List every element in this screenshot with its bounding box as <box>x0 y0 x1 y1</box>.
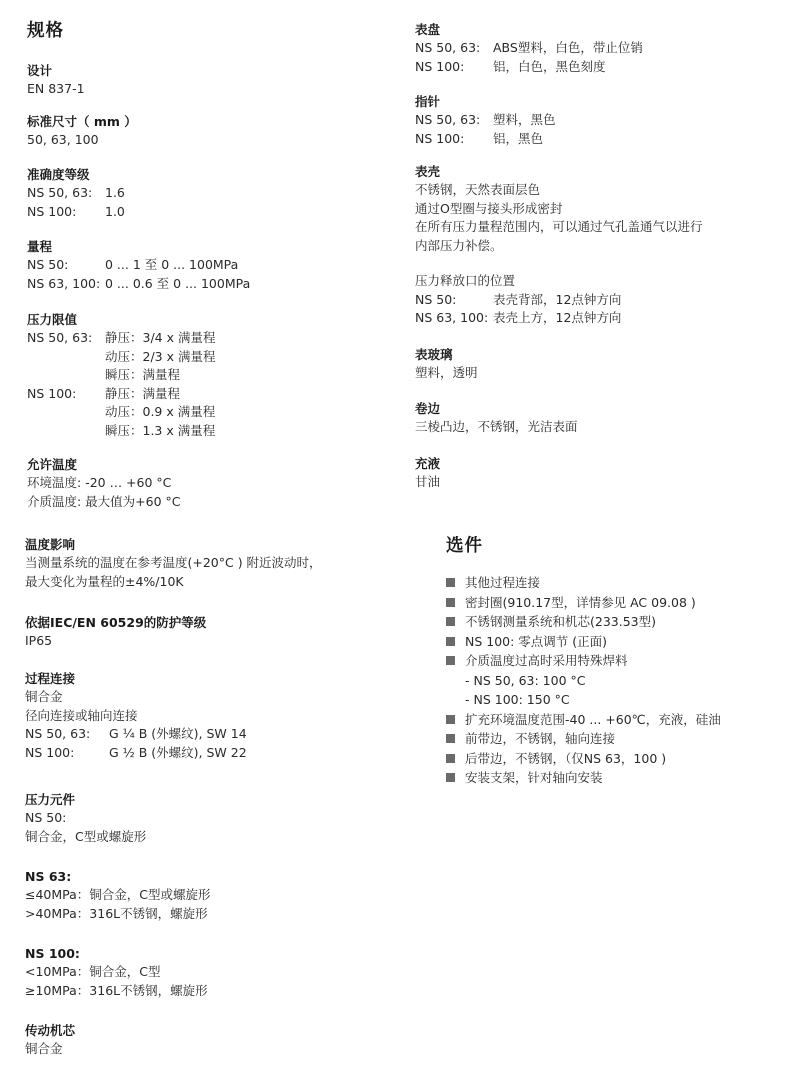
pointer-row: NS 50, 63: 塑料，黑色 <box>415 111 556 130</box>
pressure-element-ns63: NS 63: ≤40MPa：铜合金，C型或螺旋形 >40MPa：316L不锈钢，… <box>25 868 211 923</box>
option-item: NS 100: 零点调节 (正面) <box>446 632 721 652</box>
square-bullet-icon <box>446 656 455 665</box>
row-value: 瞬压：满量程 <box>105 366 180 385</box>
text-line: 径向连接或轴向连接 <box>25 707 247 726</box>
section-title: 表盘 <box>415 21 643 39</box>
vent-row: NS 50: 表壳背部，12点钟方向 <box>415 291 621 310</box>
square-bullet-icon <box>446 773 455 782</box>
square-bullet-icon <box>446 598 455 607</box>
row-value: 动压：0.9 x 满量程 <box>105 403 215 422</box>
row-label: NS 100: <box>415 130 493 149</box>
option-label: 前带边，不锈钢，轴向连接 <box>465 729 615 749</box>
section-title: 卷边 <box>415 400 578 418</box>
section-title: 充液 <box>415 455 440 473</box>
pressure-limit-row: 动压：2/3 x 满量程 <box>27 348 215 367</box>
row-label: NS 50, 63: <box>27 329 105 348</box>
section-permissible-temperature: 允许温度 环境温度: -20 … +60 °C 介质温度: 最大值为+60 °C <box>27 456 181 511</box>
section-title: 压力限值 <box>27 311 215 329</box>
pressure-limit-row: 瞬压：满量程 <box>27 366 215 385</box>
text-line: <10MPa：铜合金，C型 <box>25 963 208 982</box>
row-value: 瞬压：1.3 x 满量程 <box>105 422 215 441</box>
pressure-limit-row: NS 50, 63: 静压：3/4 x 满量程 <box>27 329 215 348</box>
option-item: 前带边，不锈钢，轴向连接 <box>446 729 721 749</box>
section-window: 表玻璃 塑料，透明 <box>415 346 478 383</box>
row-label: NS 63, 100: <box>27 275 105 294</box>
options-title: 选件 <box>446 532 483 557</box>
option-sub-item: - NS 100: 150 °C <box>446 690 721 710</box>
section-title: 依据IEC/EN 60529的防护等级 <box>25 614 206 632</box>
subsection-title: 压力释放口的位置 <box>415 272 621 291</box>
option-label: 不锈钢测量系统和机芯(233.53型) <box>465 612 656 632</box>
scale-range-row: NS 63, 100: 0 ... 0.6 至 0 ... 100MPa <box>27 275 250 294</box>
connection-row: NS 50, 63: G ¼ B (外螺纹), SW 14 <box>25 725 247 744</box>
row-value: 表壳背部，12点钟方向 <box>493 291 621 310</box>
row-label: NS 100: <box>415 58 493 77</box>
pressure-element-ns100: NS 100: <10MPa：铜合金，C型 ≥10MPa：316L不锈钢，螺旋形 <box>25 945 208 1000</box>
section-dial: 表盘 NS 50, 63: ABS塑料，白色，带止位销 NS 100: 铝，白色… <box>415 21 643 76</box>
row-value: 动压：2/3 x 满量程 <box>105 348 215 367</box>
section-title: 准确度等级 <box>27 166 125 184</box>
row-value: 1.0 <box>105 203 125 222</box>
text-line: 介质温度: 最大值为+60 °C <box>27 493 181 512</box>
section-ingress-protection: 依据IEC/EN 60529的防护等级 IP65 <box>25 614 206 651</box>
section-filling: 充液 甘油 <box>415 455 440 492</box>
row-value: G ½ B (外螺纹), SW 22 <box>109 744 247 763</box>
section-case: 表壳 不锈钢，天然表面层色 通过O型圈与接头形成密封 在所有压力量程范围内，可以… <box>415 163 703 255</box>
section-title: 压力元件 <box>25 791 146 809</box>
option-item: 其他过程连接 <box>446 573 721 593</box>
square-bullet-icon <box>446 734 455 743</box>
option-item: 介质温度过高时采用特殊焊料 <box>446 651 721 671</box>
section-pressure-element: 压力元件 NS 50: 铜合金，C型或螺旋形 <box>25 791 146 846</box>
row-value: 铝，黑色 <box>493 130 543 149</box>
nominal-size-value: 50, 63, 100 <box>27 131 137 150</box>
option-item: 安装支架，针对轴向安装 <box>446 768 721 788</box>
ns50-label: NS 50: <box>25 809 146 828</box>
text-line: ≤40MPa：铜合金，C型或螺旋形 <box>25 886 211 905</box>
section-design: 设计 EN 837-1 <box>27 62 85 99</box>
section-title: 标准尺寸（ mm ） <box>27 113 137 131</box>
pressure-limit-row: 动压：0.9 x 满量程 <box>27 403 215 422</box>
option-label: 扩充环境温度范围-40 ... +60℃，充液，硅油 <box>465 710 721 730</box>
text-line: 最大变化为量程的±4%/10K <box>25 573 322 592</box>
row-label: NS 50, 63: <box>415 111 493 130</box>
option-label: NS 100: 零点调节 (正面) <box>465 632 607 652</box>
text-line: 内部压力补偿。 <box>415 237 703 256</box>
row-label: NS 50: <box>27 256 105 275</box>
section-vent-position: 压力释放口的位置 NS 50: 表壳背部，12点钟方向 NS 63, 100: … <box>415 272 621 328</box>
section-scale-range: 量程 NS 50: 0 ... 1 至 0 ... 100MPa NS 63, … <box>27 238 250 293</box>
row-label: NS 50, 63: <box>415 39 493 58</box>
section-pointer: 指针 NS 50, 63: 塑料，黑色 NS 100: 铝，黑色 <box>415 93 556 148</box>
row-value: 静压：满量程 <box>105 385 180 404</box>
pointer-row: NS 100: 铝，黑色 <box>415 130 556 149</box>
row-label <box>27 403 105 422</box>
row-value: G ¼ B (外螺纹), SW 14 <box>109 725 247 744</box>
row-value: 1.6 <box>105 184 125 203</box>
row-value: 静压：3/4 x 满量程 <box>105 329 215 348</box>
row-value: 塑料，黑色 <box>493 111 556 130</box>
section-nominal-size: 标准尺寸（ mm ） 50, 63, 100 <box>27 113 137 150</box>
text-line: 在所有压力量程范围内，可以通过气孔盖通气以进行 <box>415 218 703 237</box>
square-bullet-icon <box>446 715 455 724</box>
text-line: >40MPa：316L不锈钢，螺旋形 <box>25 905 211 924</box>
option-label: 后带边，不锈钢，（仅NS 63，100 ) <box>465 749 666 769</box>
section-bezel: 卷边 三棱凸边，不锈钢，光洁表面 <box>415 400 578 437</box>
section-pressure-limits: 压力限值 NS 50, 63: 静压：3/4 x 满量程 动压：2/3 x 满量… <box>27 311 215 440</box>
section-title: 传动机芯 <box>25 1022 75 1040</box>
section-title: 量程 <box>27 238 250 256</box>
text-line: 当测量系统的温度在参考温度(+20°C ) 附近波动时， <box>25 554 322 573</box>
dial-row: NS 100: 铝，白色，黑色刻度 <box>415 58 643 77</box>
row-label: NS 50: <box>415 291 493 310</box>
text-line: 不锈钢，天然表面层色 <box>415 181 703 200</box>
square-bullet-icon <box>446 754 455 763</box>
row-value: 铝，白色，黑色刻度 <box>493 58 606 77</box>
row-label: NS 50, 63: <box>27 184 105 203</box>
section-accuracy: 准确度等级 NS 50, 63: 1.6 NS 100: 1.0 <box>27 166 125 221</box>
option-label: 密封圈(910.17型，详情参见 AC 09.08 ) <box>465 593 696 613</box>
text-line: 环境温度: -20 … +60 °C <box>27 474 181 493</box>
window-value: 塑料，透明 <box>415 364 478 383</box>
design-value: EN 837-1 <box>27 80 85 99</box>
section-movement: 传动机芯 铜合金 <box>25 1022 75 1059</box>
row-label: NS 100: <box>25 744 109 763</box>
connection-row: NS 100: G ½ B (外螺纹), SW 22 <box>25 744 247 763</box>
section-title: 设计 <box>27 62 85 80</box>
square-bullet-icon <box>446 578 455 587</box>
section-title: 允许温度 <box>27 456 181 474</box>
row-label: NS 63, 100: <box>415 309 493 328</box>
option-label: 介质温度过高时采用特殊焊料 <box>465 651 628 671</box>
movement-value: 铜合金 <box>25 1040 75 1059</box>
option-sub-item: - NS 50, 63: 100 °C <box>446 671 721 691</box>
page-title: 规格 <box>27 17 64 42</box>
option-label: 其他过程连接 <box>465 573 540 593</box>
option-label: 安装支架，针对轴向安装 <box>465 768 603 788</box>
section-process-connection: 过程连接 铜合金 径向连接或轴向连接 NS 50, 63: G ¼ B (外螺纹… <box>25 670 247 762</box>
accuracy-row: NS 100: 1.0 <box>27 203 125 222</box>
section-title: 表玻璃 <box>415 346 478 364</box>
option-item: 后带边，不锈钢，（仅NS 63，100 ) <box>446 749 721 769</box>
row-value: 0 ... 1 至 0 ... 100MPa <box>105 256 238 275</box>
option-item: 扩充环境温度范围-40 ... +60℃，充液，硅油 <box>446 710 721 730</box>
section-title: 过程连接 <box>25 670 247 688</box>
section-title: 指针 <box>415 93 556 111</box>
option-item: 密封圈(910.17型，详情参见 AC 09.08 ) <box>446 593 721 613</box>
square-bullet-icon <box>446 637 455 646</box>
option-item: 不锈钢测量系统和机芯(233.53型) <box>446 612 721 632</box>
row-label: NS 100: <box>27 203 105 222</box>
subsection-title: NS 100: <box>25 945 208 963</box>
section-title: 表壳 <box>415 163 703 181</box>
section-title: 温度影响 <box>25 536 322 554</box>
pressure-limit-row: 瞬压：1.3 x 满量程 <box>27 422 215 441</box>
accuracy-row: NS 50, 63: 1.6 <box>27 184 125 203</box>
ns50-value: 铜合金，C型或螺旋形 <box>25 828 146 847</box>
bezel-value: 三棱凸边，不锈钢，光洁表面 <box>415 418 578 437</box>
row-label <box>27 422 105 441</box>
dial-row: NS 50, 63: ABS塑料，白色，带止位销 <box>415 39 643 58</box>
row-label <box>27 348 105 367</box>
scale-range-row: NS 50: 0 ... 1 至 0 ... 100MPa <box>27 256 250 275</box>
pressure-limit-row: NS 100: 静压：满量程 <box>27 385 215 404</box>
filling-value: 甘油 <box>415 473 440 492</box>
row-label <box>27 366 105 385</box>
square-bullet-icon <box>446 617 455 626</box>
row-label: NS 50, 63: <box>25 725 109 744</box>
row-value: 0 ... 0.6 至 0 ... 100MPa <box>105 275 250 294</box>
text-line: ≥10MPa：316L不锈钢，螺旋形 <box>25 982 208 1001</box>
text-line: 铜合金 <box>25 688 247 707</box>
ip-rating-value: IP65 <box>25 632 206 651</box>
row-value: 表壳上方，12点钟方向 <box>493 309 621 328</box>
text-line: 通过O型圈与接头形成密封 <box>415 200 703 219</box>
options-list: 其他过程连接 密封圈(910.17型，详情参见 AC 09.08 ) 不锈钢测量… <box>446 573 721 788</box>
vent-row: NS 63, 100: 表壳上方，12点钟方向 <box>415 309 621 328</box>
row-value: ABS塑料，白色，带止位销 <box>493 39 643 58</box>
section-temperature-effect: 温度影响 当测量系统的温度在参考温度(+20°C ) 附近波动时， 最大变化为量… <box>25 536 322 591</box>
subsection-title: NS 63: <box>25 868 211 886</box>
row-label: NS 100: <box>27 385 105 404</box>
